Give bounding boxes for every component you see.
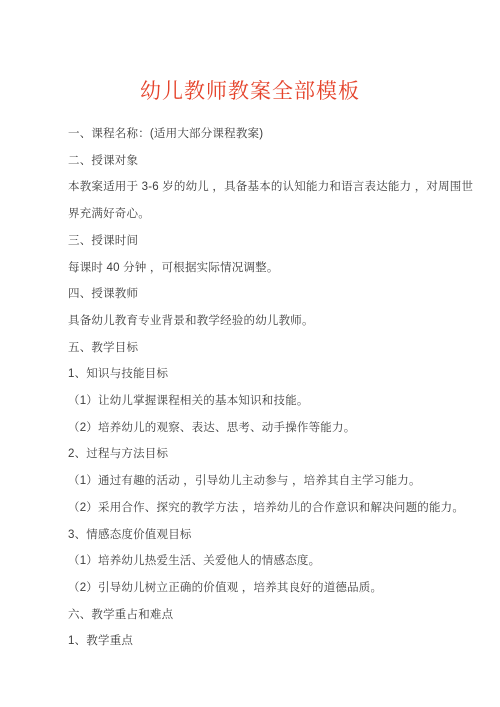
doc-line-section-2: 二、授课对象 (68, 148, 472, 175)
doc-line-goal-2: 2、过程与方法目标 (68, 441, 472, 468)
title-section: 幼儿教师教案全部模板 (0, 0, 500, 106)
doc-line-audience-1: 本教案适用于 3-6 岁的幼儿 ，具备基本的认知能力和语言表达能力 ，对周围世 (68, 174, 472, 201)
page-title: 幼儿教师教案全部模板 (0, 78, 500, 106)
doc-line-goal-3: 3、情感态度价值观目标 (68, 522, 472, 549)
doc-line-course-name: 一、课程名称：(适用大部分课程教案) (68, 121, 472, 148)
document-body: 一、课程名称：(适用大部分课程教案) 二、授课对象 本教案适用于 3-6 岁的幼… (0, 121, 500, 655)
doc-line-section-3: 三、授课时间 (68, 228, 472, 255)
doc-line-section-5: 五、教学目标 (68, 335, 472, 362)
document-page: 幼儿教师教案全部模板 一、课程名称：(适用大部分课程教案) 二、授课对象 本教案… (0, 0, 500, 707)
doc-line-teacher: 具备幼儿教育专业背景和教学经验的幼儿教师。 (68, 308, 472, 335)
doc-line-teaching-focus: 1、教学重点 (68, 628, 472, 655)
doc-line-section-4: 四、授课教师 (68, 281, 472, 308)
doc-line-section-6: 六、教学重占和难点 (68, 602, 472, 629)
doc-line-goal-1-item-1: （1）让幼儿掌握课程相关的基本知识和技能。 (68, 388, 472, 415)
doc-line-duration: 每课时 40 分钟 ，可根据实际情况调整。 (68, 255, 472, 282)
doc-line-audience-2: 界充满好奇心。 (68, 201, 472, 228)
doc-line-goal-1: 1、知识与技能目标 (68, 361, 472, 388)
doc-line-goal-2-item-1: （1）通过有趣的活动 ，引导幼儿主动参与 ，培养其自主学习能力。 (68, 468, 472, 495)
doc-line-goal-3-item-2: （2）引导幼儿树立正确的价值观 ，培养其良好的道德品质。 (68, 575, 472, 602)
doc-line-goal-1-item-2: （2）培养幼儿的观察、表达、思考、动手操作等能力。 (68, 415, 472, 442)
doc-line-goal-2-item-2: （2）采用合作、探究的教学方法 ，培养幼儿的合作意识和解决问题的能力。 (68, 495, 472, 522)
doc-line-goal-3-item-1: （1）培养幼儿热爱生活、关爱他人的情感态度。 (68, 548, 472, 575)
